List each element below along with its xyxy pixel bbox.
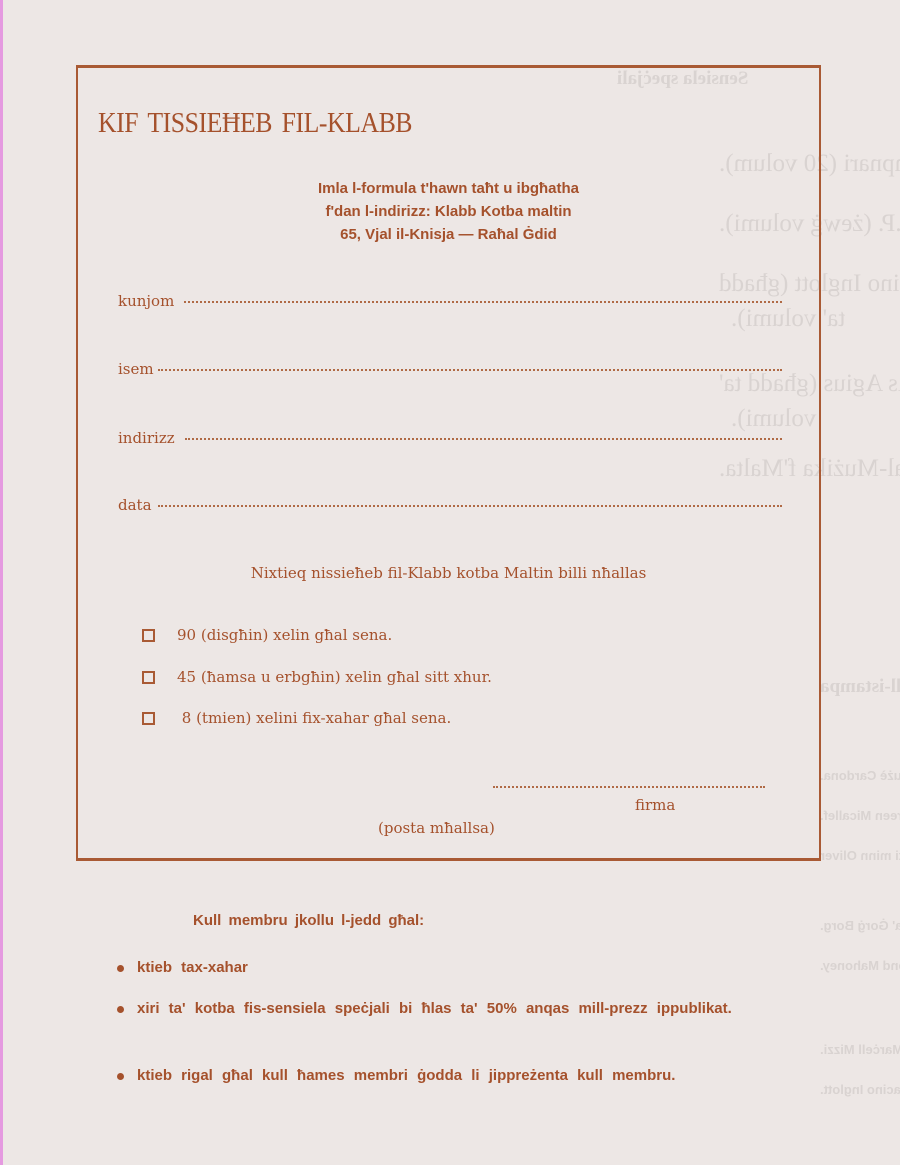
bullet-icon: [117, 1073, 124, 1080]
address-field[interactable]: indirizz: [118, 429, 782, 447]
bullet-icon: [117, 965, 124, 972]
date-label: data: [118, 496, 152, 514]
option-monthly-label: 8 (tmien) xelini fix-xahar għal sena.: [177, 709, 451, 727]
instruction-line: f'dan l-indirizz: Klabb Kotba maltin: [78, 200, 819, 223]
show-through-book: Wiċċ imb Wiċċ u drammi oħra — erba' dram…: [820, 808, 900, 823]
date-field[interactable]: data: [118, 496, 782, 514]
surname-input-line[interactable]: [184, 300, 782, 303]
benefit-text: ktieb rigal għal kull ħames membri ġodda…: [137, 1064, 835, 1087]
surname-label: kunjom: [118, 292, 174, 310]
checkbox-annual[interactable]: [142, 629, 155, 642]
option-annual[interactable]: 90 (disgħin) xelin għal sena.: [142, 626, 392, 644]
signature-input-line[interactable]: [493, 786, 765, 788]
checkbox-six-months[interactable]: [142, 671, 155, 684]
checkbox-monthly[interactable]: [142, 712, 155, 725]
address-label: indirizz: [118, 429, 175, 447]
name-field[interactable]: isem: [118, 360, 782, 378]
benefits-heading: Kull membru jkollu l-jedd għal:: [193, 912, 424, 929]
show-through-book: Poeżiji — ta' Marċell Mizzi.: [820, 1042, 900, 1057]
mailing-instructions: Imla l-formula t'hawn taħt u ibgħatha f'…: [78, 177, 819, 246]
show-through-book: Għajn is-sema — Rumanz tal-Francis Ebeje…: [820, 848, 900, 863]
benefit-item: ktieb rigal għal kull ħames membri ġodda…: [117, 1064, 835, 1087]
benefit-text: ktieb tax-xahar: [137, 956, 835, 979]
option-monthly[interactable]: 8 (tmien) xelini fix-xahar għal sena.: [142, 709, 451, 727]
show-through-heading: Xi kotba oħrajn li se jaħdu għall-istamp…: [820, 676, 900, 698]
benefit-item: ktieb tax-xahar: [117, 956, 835, 979]
surname-field[interactable]: kunjom: [118, 292, 782, 310]
option-six-months-label: 45 (ħamsa u erbgħin) xelin għal sitt xhu…: [177, 668, 492, 686]
signature-label: firma: [635, 796, 675, 814]
option-annual-label: 90 (disgħin) xelin għal sena.: [177, 626, 392, 644]
instruction-line: 65, Vjal il-Knisja — Raħal Ġdid: [78, 223, 819, 246]
bullet-icon: [117, 1006, 124, 1013]
benefit-text: xiri ta' kotba fis-sensiela speċjali bi …: [137, 997, 835, 1020]
page-edge: [0, 0, 3, 1165]
option-six-months[interactable]: 45 (ħamsa u erbgħin) xelin għal sitt xhu…: [142, 668, 492, 686]
postage-paid-note: (posta mħallsa): [378, 819, 495, 837]
name-label: isem: [118, 360, 154, 378]
name-input-line[interactable]: [158, 368, 782, 371]
show-through-book: Żmien il-Qerda — Rumanz ta' Ġużè Cardona…: [820, 768, 900, 783]
address-input-line[interactable]: [185, 437, 782, 440]
form-title: KIF TISSIEĦEB FIL-KLABB: [98, 108, 412, 140]
membership-statement: Nixtieq nissieħeb fil-Klabb kotba Maltin…: [78, 564, 819, 582]
benefit-item: xiri ta' kotba fis-sensiela speċjali bi …: [117, 997, 835, 1020]
date-input-line[interactable]: [158, 504, 782, 507]
instruction-line: Imla l-formula t'hawn taħt u ibgħatha: [78, 177, 819, 200]
show-through-book: L-ilma tal-Wied — poeżiji ta' Ġorġ Borg.: [820, 918, 900, 933]
membership-form: KIF TISSIEĦEB FIL-KLABB Imla l-formula t…: [76, 65, 821, 861]
